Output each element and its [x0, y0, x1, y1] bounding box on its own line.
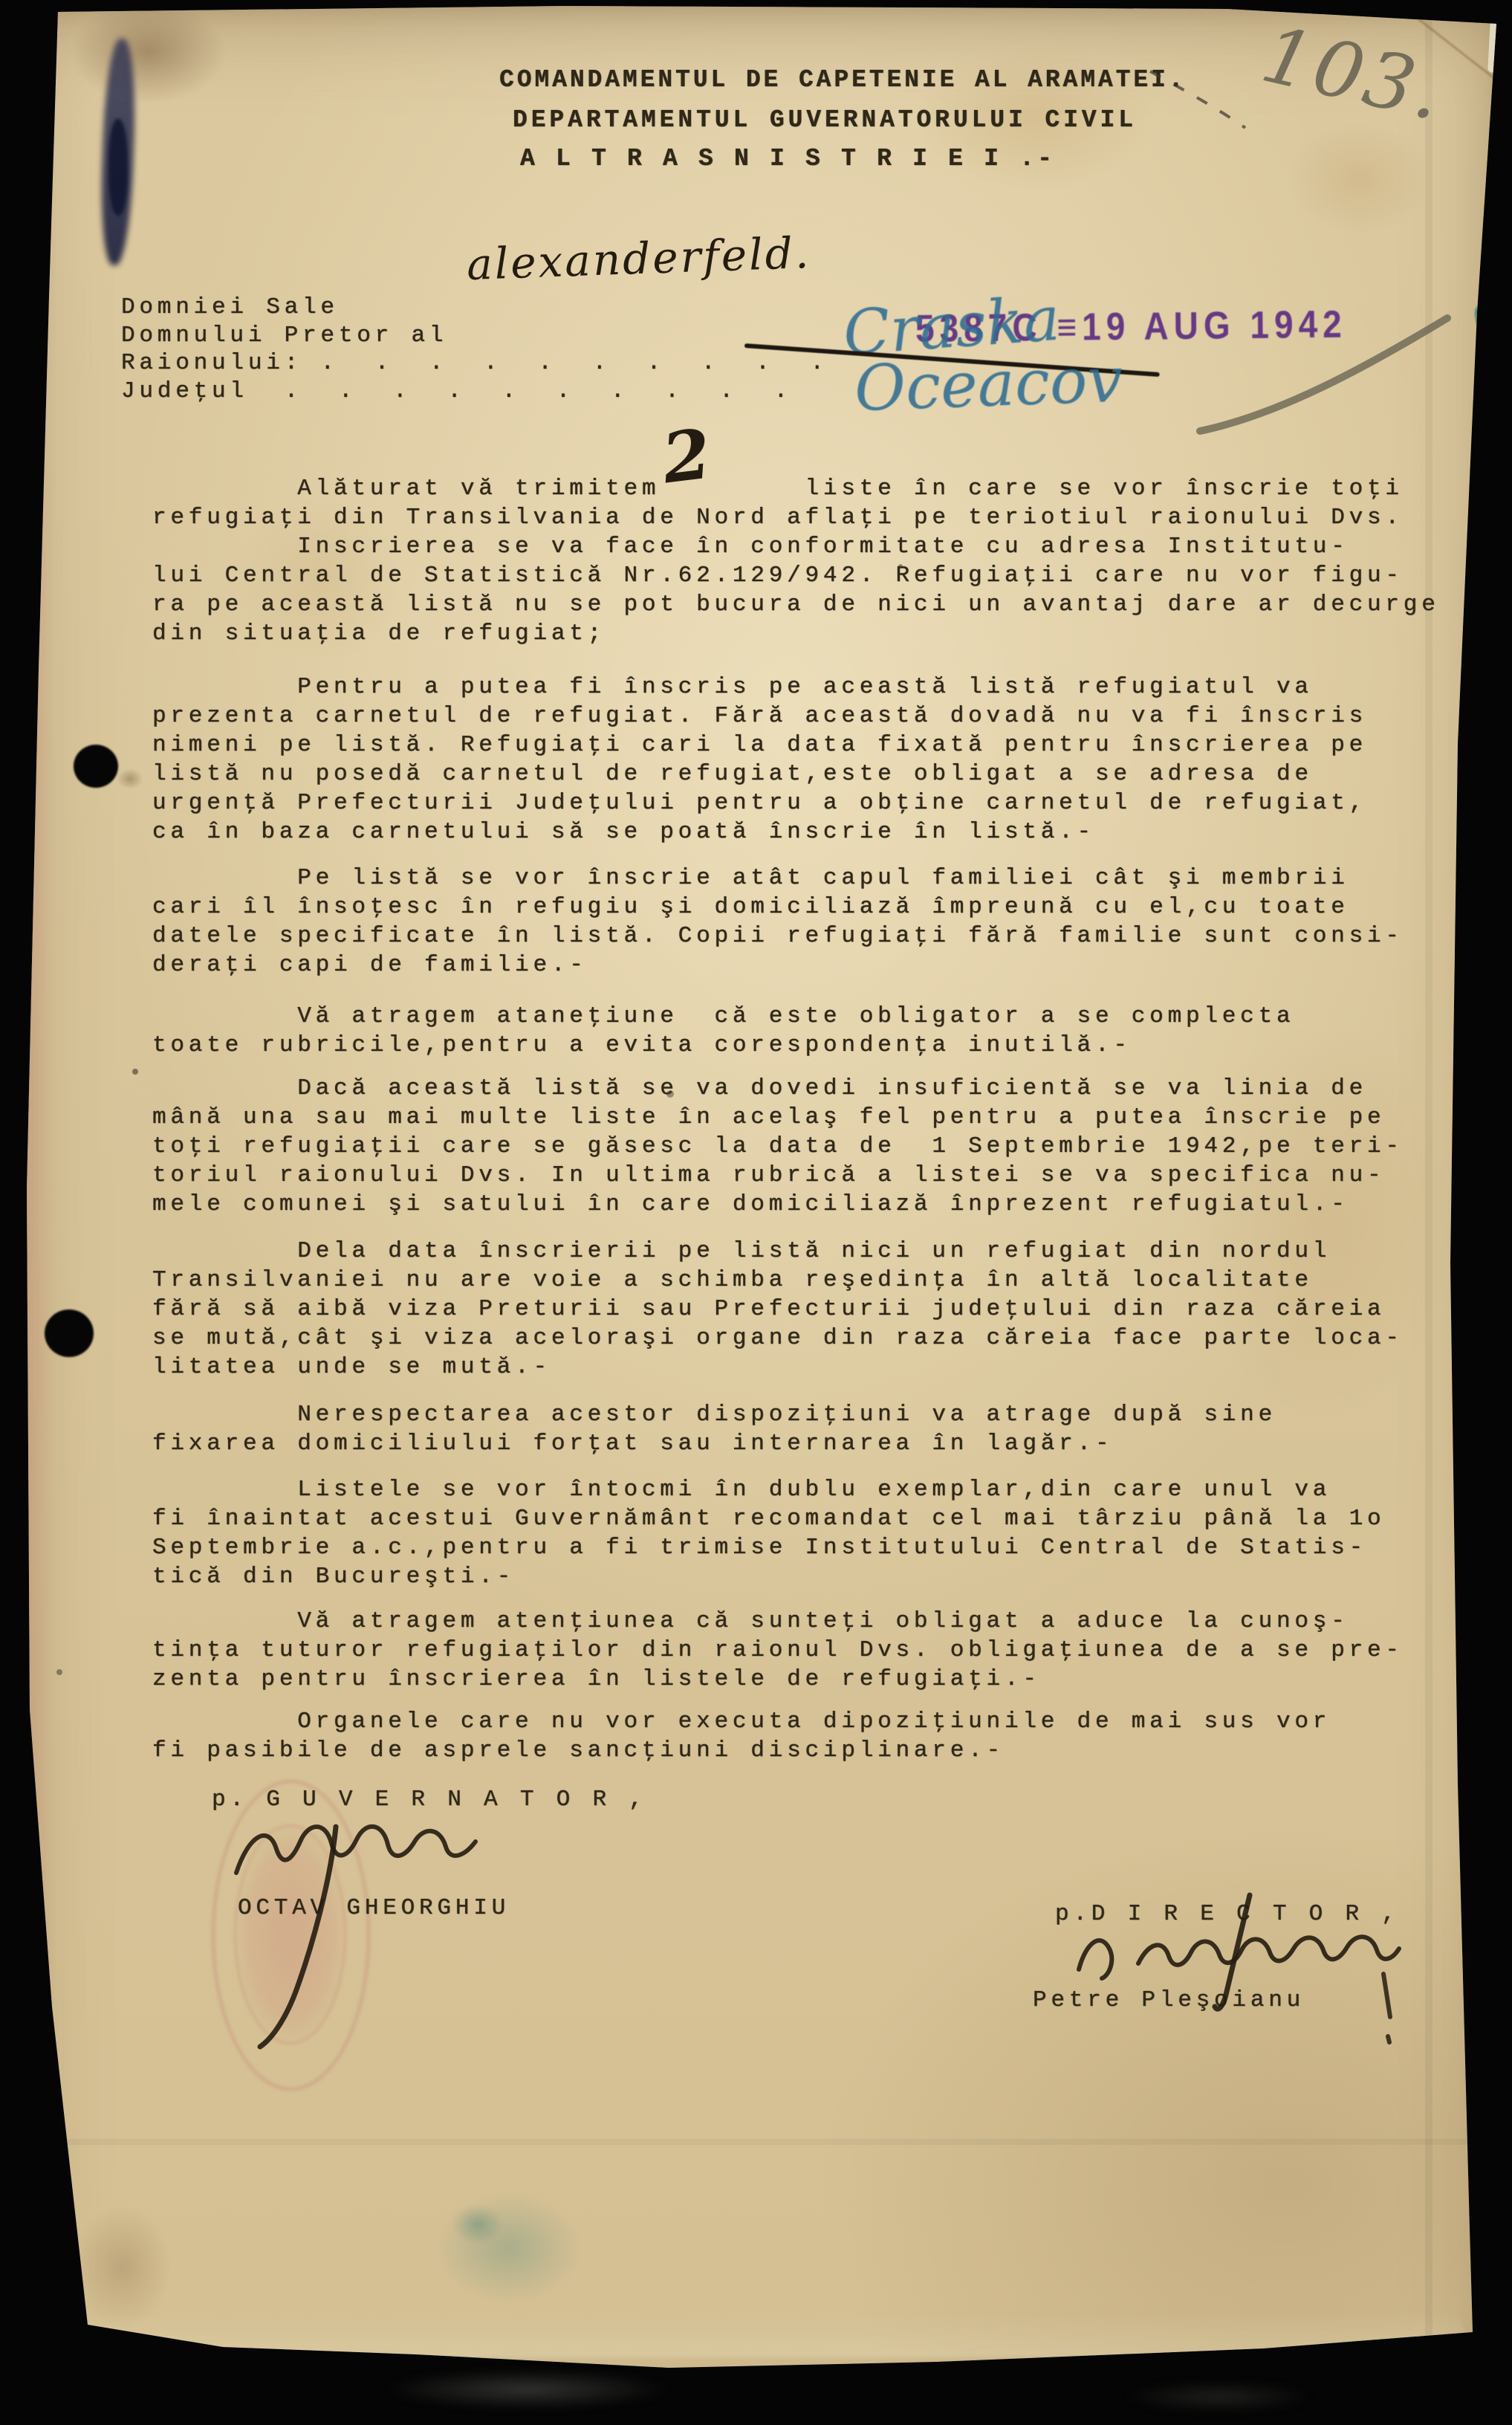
paragraph-9: Vă atragem atenţiunea că sunteţi obligat… [152, 1607, 1404, 1694]
governor-signature-descender [260, 1827, 336, 2047]
pen-exclamation-mark [1383, 1974, 1390, 2042]
paragraph-8: Listele se vor întocmi în dublu exemplar… [152, 1475, 1385, 1591]
green-stain [405, 2170, 613, 2326]
paragraph-2: Pentru a putea fi înscris pe această lis… [152, 673, 1367, 846]
horizontal-crease [0, 2139, 1512, 2145]
paper-speck [56, 1669, 62, 1675]
paragraph-5: Dacă această listă se va dovedi insufici… [152, 1074, 1404, 1219]
official-seal-stamp [212, 1780, 370, 2091]
governor-signature-stroke [236, 1827, 476, 1873]
edge-sliver [1487, 19, 1508, 73]
letterhead-line-3: A L T R A S N I S T R I E I .- [520, 144, 1055, 173]
punch-hole [74, 745, 118, 788]
director-name: Petre Pleşoianu [1033, 1986, 1305, 2015]
torn-edge-highlight [67, 2310, 1464, 2357]
paragraph-4: Vă atragem ataneţiune că este obligator … [152, 1002, 1294, 1060]
teal-mark [1473, 305, 1490, 333]
paper-stain [52, 2178, 193, 2356]
governor-title: p. G U V E R N A T O R , [212, 1785, 647, 1814]
folio-number-pencil: 103. [1253, 9, 1453, 139]
vertical-crease [1425, 0, 1432, 2425]
paragraph-10: Organele care nu vor executa dipoziţiuni… [152, 1707, 1331, 1765]
paragraph-1: Alăturat vă trimitem liste în care se vo… [152, 474, 1440, 648]
letterhead-line-2: DEPARTAMENTUL GUVERNATORULUI CIVIL [513, 106, 1137, 135]
director-title: p.D I R E C T O R , [1055, 1900, 1400, 1929]
handwritten-judet-name: Oceacov [853, 343, 1123, 426]
paper-speck [132, 1069, 138, 1075]
scanned-document-page: COMANDAMENTUL DE CAPETENIE AL ARAMATEI. … [0, 0, 1512, 2425]
paragraph-6: Dela data înscrierii pe listă nici un re… [152, 1237, 1404, 1382]
paper-sheet: COMANDAMENTUL DE CAPETENIE AL ARAMATEI. … [0, 0, 1512, 2425]
scanner-gray-patch [1100, 2378, 1337, 2415]
handwritten-addressee-name: alexanderfeld. [466, 227, 811, 290]
paragraph-7: Nerespectarea acestor dispoziţiuni va at… [152, 1400, 1276, 1458]
director-signature-stroke [1079, 1937, 1399, 1978]
green-stain-core [444, 2198, 511, 2250]
punch-hole [45, 1309, 94, 1357]
official-seal-inner-ring [234, 1825, 346, 2044]
letterhead-line-1: COMANDAMENTUL DE CAPETENIE AL ARAMATEI. [499, 65, 1186, 94]
governor-name: OCTAV GHEORGHIU [238, 1894, 510, 1923]
left-edge-tint [22, 223, 53, 2230]
ink-smear [99, 38, 138, 265]
address-block: Domniei Sale Domnului Pretor al Raionulu… [121, 294, 828, 405]
scanner-gray-patch [349, 2365, 706, 2414]
paragraph-3: Pe listă se vor înscrie atât capul famil… [152, 864, 1404, 980]
corner-stain [37, 0, 260, 126]
ink-smear-core [108, 119, 128, 216]
